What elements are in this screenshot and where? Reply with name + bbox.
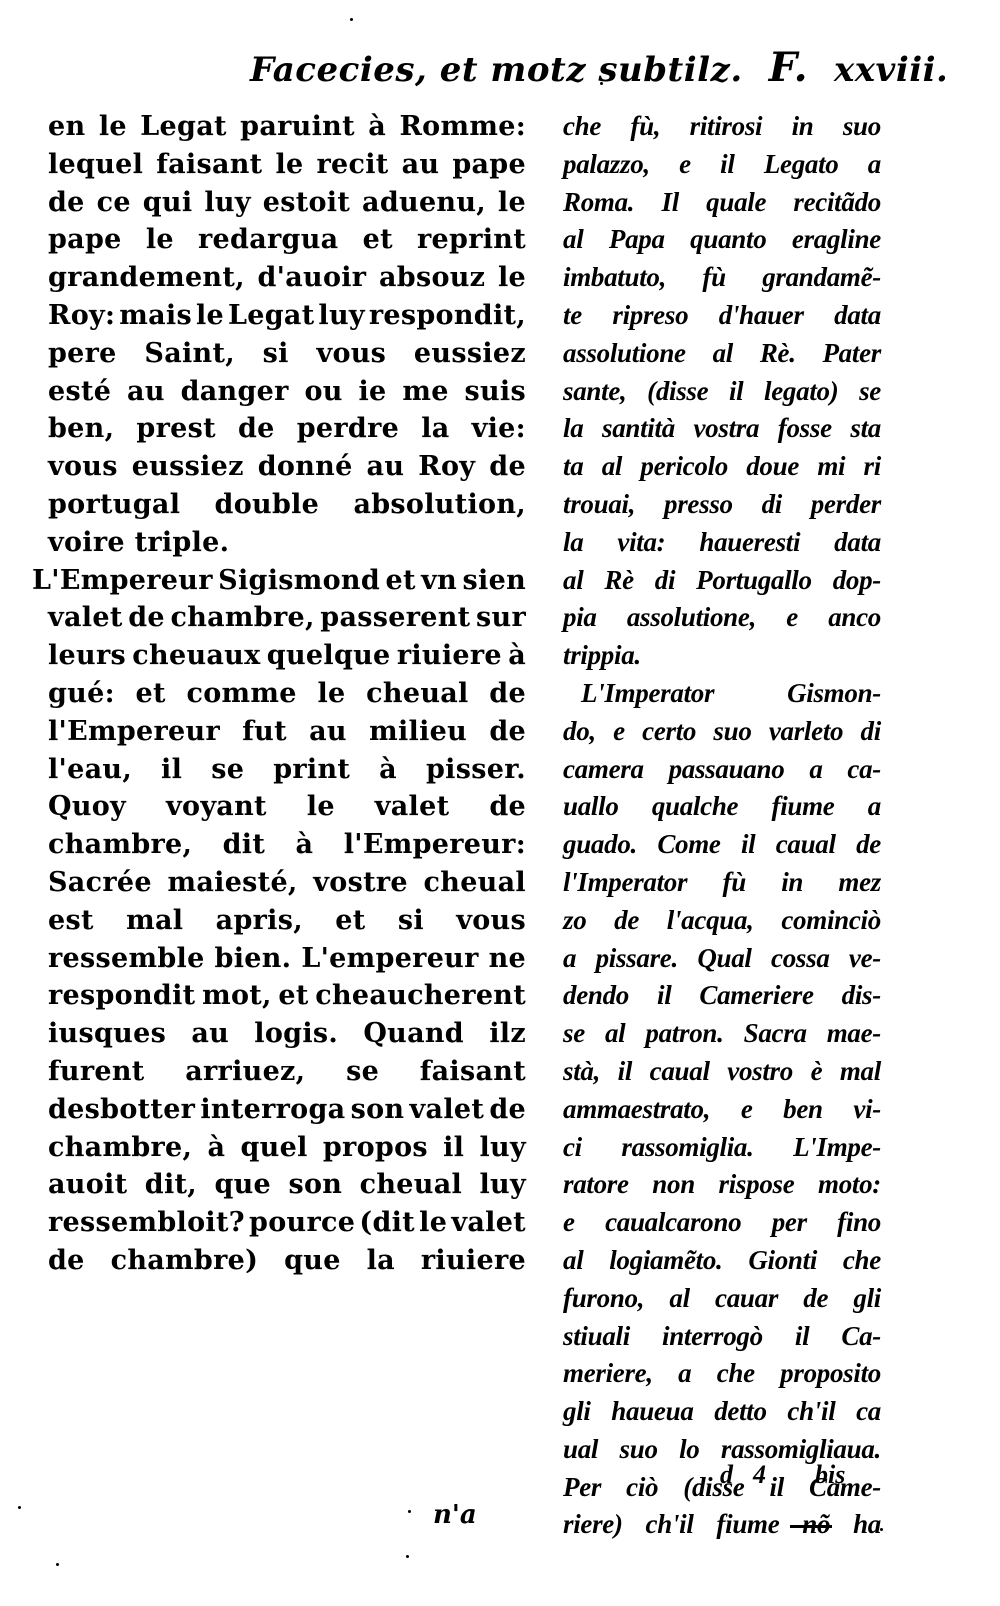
word: mal bbox=[126, 902, 183, 940]
word: rispose bbox=[719, 1166, 795, 1204]
word: chambre) bbox=[111, 1242, 259, 1280]
text-line: do,ecertosuovarletodi bbox=[563, 713, 881, 751]
word: portugal bbox=[48, 486, 180, 524]
word: pericolo bbox=[640, 448, 728, 486]
text-line: ualloqualchefiumea bbox=[563, 788, 881, 826]
word: cheual bbox=[360, 1166, 462, 1204]
word: ressemble bbox=[48, 940, 205, 978]
word: redargua bbox=[198, 221, 338, 259]
word: Ca- bbox=[841, 1318, 881, 1356]
ink-speck bbox=[600, 82, 603, 85]
word: la bbox=[367, 1242, 395, 1280]
word: quel bbox=[240, 1129, 307, 1167]
word: le bbox=[419, 1204, 447, 1242]
word: interroga bbox=[200, 1091, 345, 1129]
word: ca- bbox=[847, 751, 881, 789]
word: di bbox=[861, 713, 881, 751]
word: ratore bbox=[563, 1166, 629, 1204]
text-line: lavita:hauerestidata bbox=[563, 524, 881, 562]
word: se bbox=[211, 751, 244, 789]
word: mais bbox=[119, 297, 192, 335]
word: il bbox=[795, 1318, 809, 1356]
text-line: chambre,ditàl'Empereur: bbox=[48, 826, 526, 864]
text-line: ressembloit?pource(ditlevalet bbox=[48, 1204, 526, 1242]
word: presso bbox=[664, 486, 733, 524]
word: te bbox=[563, 297, 582, 335]
word: son bbox=[288, 1166, 342, 1204]
word: desbotter bbox=[48, 1091, 195, 1129]
word: au bbox=[402, 146, 440, 184]
french-catchword: n'a bbox=[433, 1500, 477, 1530]
word: cossa bbox=[771, 940, 830, 978]
word: se bbox=[346, 1053, 379, 1091]
word: data bbox=[834, 524, 881, 562]
word: estoit bbox=[263, 184, 350, 222]
word: e bbox=[741, 1091, 753, 1129]
word: rassomiglia. bbox=[621, 1129, 753, 1167]
text-line: teripresod'hauerdata bbox=[563, 297, 881, 335]
text-line: responditmot,etcheaucherent bbox=[48, 977, 526, 1015]
text-line: meriere,acheproposito bbox=[563, 1355, 881, 1393]
word: pissare. bbox=[596, 940, 678, 978]
word: donné bbox=[258, 448, 353, 486]
word: valet bbox=[375, 788, 450, 826]
word: Saint, bbox=[144, 335, 235, 373]
word: imbatuto, bbox=[563, 259, 666, 297]
word: fut bbox=[242, 713, 287, 751]
word: che bbox=[717, 1355, 755, 1393]
word: de bbox=[489, 448, 526, 486]
word: le bbox=[196, 297, 224, 335]
word: ch'il bbox=[646, 1506, 694, 1544]
word: quanto bbox=[690, 221, 766, 259]
text-line: papeleredarguaetreprint bbox=[48, 221, 526, 259]
word: L'Imperator bbox=[581, 675, 714, 713]
word: suo bbox=[620, 1431, 658, 1469]
text-line: pereSaint,sivouseussiez bbox=[48, 335, 526, 373]
word: assolutione bbox=[563, 335, 686, 373]
ink-speck bbox=[56, 1563, 59, 1566]
text-line: chefù,ritirosiinsuo bbox=[563, 108, 881, 146]
word: palazzo, bbox=[563, 146, 650, 184]
word: logiamẽto. bbox=[609, 1242, 722, 1280]
word: gli bbox=[853, 1280, 881, 1318]
word: à bbox=[508, 637, 526, 675]
word: vous bbox=[316, 335, 386, 373]
word: de bbox=[238, 410, 275, 448]
word: d'auoir bbox=[257, 259, 366, 297]
text-line: sante,(disseillegato)se bbox=[563, 373, 881, 411]
word: suis bbox=[465, 373, 527, 411]
word: ben bbox=[783, 1091, 823, 1129]
word: mez bbox=[838, 864, 881, 902]
word: e bbox=[679, 146, 691, 184]
text-line: imbatuto,fùgrandamẽ- bbox=[563, 259, 881, 297]
word: que bbox=[284, 1242, 341, 1280]
text-line: alRèdiPortugallodop- bbox=[563, 562, 881, 600]
word: qui bbox=[143, 184, 193, 222]
word: ve- bbox=[849, 940, 881, 978]
word: mal bbox=[840, 1053, 881, 1091]
word: mot, bbox=[202, 977, 272, 1015]
word: luy bbox=[318, 297, 364, 335]
word: son bbox=[351, 1091, 405, 1129]
word: certo bbox=[642, 713, 696, 751]
text-line: trouai,pressodiperder bbox=[563, 486, 881, 524]
word: Quoy bbox=[48, 788, 126, 826]
word: le bbox=[307, 788, 335, 826]
word: Cameriere bbox=[699, 977, 813, 1015]
word: l'Empereur: bbox=[344, 826, 526, 864]
word: Rè. bbox=[760, 335, 796, 373]
word: logis. bbox=[254, 1015, 338, 1053]
word: sien bbox=[463, 562, 526, 600]
word: a bbox=[809, 751, 822, 789]
word: comme bbox=[186, 675, 296, 713]
word: recit bbox=[317, 146, 389, 184]
word: de bbox=[48, 1242, 85, 1280]
word: de bbox=[489, 1091, 526, 1129]
text-line: vouseussiezdonnéauRoyde bbox=[48, 448, 526, 486]
word: d'hauer bbox=[719, 297, 804, 335]
text-line: auoitdit,quesoncheualluy bbox=[48, 1166, 526, 1204]
word: di bbox=[655, 562, 675, 600]
word: al bbox=[713, 335, 733, 373]
word: ritirosi bbox=[690, 108, 763, 146]
word: ressembloit? bbox=[48, 1204, 245, 1242]
word: il bbox=[741, 826, 755, 864]
word: valet bbox=[451, 1204, 526, 1242]
word: chambre, bbox=[48, 826, 192, 864]
word: le bbox=[146, 221, 174, 259]
word: grandement, bbox=[48, 259, 245, 297]
word: sta bbox=[850, 410, 881, 448]
word: absolution, bbox=[353, 486, 526, 524]
word: dit, bbox=[145, 1166, 197, 1204]
folio-letter: F. bbox=[769, 44, 808, 91]
word: uallo bbox=[563, 788, 619, 826]
word: maiesté, bbox=[167, 864, 297, 902]
word: à bbox=[368, 108, 386, 146]
word: lo bbox=[679, 1431, 699, 1469]
word: al bbox=[563, 221, 583, 259]
word: riuiere bbox=[397, 637, 502, 675]
word: meriere, bbox=[563, 1355, 653, 1393]
text-line: L'ImperatorGismon- bbox=[563, 675, 881, 713]
italian-catchword: bis bbox=[815, 1460, 845, 1490]
word: le bbox=[498, 259, 526, 297]
word: l'acqua, bbox=[667, 902, 754, 940]
word: leurs bbox=[48, 637, 126, 675]
word: fù, bbox=[630, 108, 660, 146]
word: cauar bbox=[715, 1280, 778, 1318]
word: L'Impe- bbox=[793, 1129, 881, 1167]
word: Roy: bbox=[48, 297, 115, 335]
word: l'Imperator bbox=[563, 864, 687, 902]
word: se bbox=[563, 1015, 585, 1053]
bottom-rule bbox=[790, 1525, 832, 1528]
text-line: apissare.Qualcossave- bbox=[563, 940, 881, 978]
word: il bbox=[729, 373, 743, 411]
word: de bbox=[489, 675, 526, 713]
text-line: cirassomiglia.L'Impe- bbox=[563, 1129, 881, 1167]
word: al bbox=[602, 448, 622, 486]
word: trippia. bbox=[563, 637, 641, 675]
word: de bbox=[803, 1280, 828, 1318]
word: cheuaux bbox=[132, 637, 260, 675]
word: che bbox=[563, 108, 601, 146]
word: grandamẽ- bbox=[762, 259, 881, 297]
word: respondit bbox=[48, 977, 195, 1015]
word: L'empereur bbox=[301, 940, 478, 978]
word: Roy bbox=[418, 448, 475, 486]
word: ci bbox=[563, 1129, 582, 1167]
text-line: assolutionealRè.Pater bbox=[563, 335, 881, 373]
word: Romme: bbox=[399, 108, 526, 146]
word: stà, bbox=[563, 1053, 600, 1091]
word: est bbox=[48, 902, 94, 940]
text-line: enleLegatparuintàRomme: bbox=[48, 108, 526, 146]
word: passerent bbox=[320, 599, 470, 637]
text-line: lasantitàvostrafossesta bbox=[563, 410, 881, 448]
word: a bbox=[868, 146, 881, 184]
word: al bbox=[605, 1015, 625, 1053]
text-line: desbotterinterrogasonvaletde bbox=[48, 1091, 526, 1129]
word: luy bbox=[479, 1166, 525, 1204]
word: esté bbox=[48, 373, 111, 411]
word: recitãdo bbox=[793, 184, 881, 222]
word: sur bbox=[476, 599, 526, 637]
text-line: Sacréemaiesté,vostrecheual bbox=[48, 864, 526, 902]
word: al bbox=[669, 1280, 689, 1318]
word: auoit bbox=[48, 1166, 127, 1204]
word: per bbox=[772, 1204, 807, 1242]
word: Gismon- bbox=[787, 675, 881, 713]
word: absouz bbox=[379, 259, 485, 297]
word: que bbox=[214, 1166, 271, 1204]
word: Quand bbox=[363, 1015, 464, 1053]
word: et bbox=[335, 902, 365, 940]
word: la bbox=[563, 410, 583, 448]
text-line: stiualiinterrogòilCa- bbox=[563, 1318, 881, 1356]
word: ou bbox=[304, 373, 342, 411]
french-column: enleLegatparuintàRomme:lequelfaisantlere… bbox=[48, 108, 526, 1280]
word: suo bbox=[713, 713, 751, 751]
word: al bbox=[563, 562, 583, 600]
word: cominciò bbox=[781, 902, 881, 940]
word: au bbox=[367, 448, 405, 486]
word: ben, bbox=[48, 410, 114, 448]
word: santità bbox=[602, 410, 675, 448]
text-line: chambre,àquelproposilluy bbox=[48, 1129, 526, 1167]
text-line: alPapaquantoeragline bbox=[563, 221, 881, 259]
word: Portugallo bbox=[696, 562, 812, 600]
word: milieu bbox=[369, 713, 467, 751]
word: vi- bbox=[853, 1091, 881, 1129]
word: che bbox=[843, 1242, 881, 1280]
word: Legato bbox=[764, 146, 839, 184]
word: en bbox=[48, 108, 85, 146]
running-head: Facecies, et motz subtilz. F. xxviii. bbox=[250, 44, 890, 104]
word: ha bbox=[853, 1506, 881, 1544]
text-line: dechambre)quelariuiere bbox=[48, 1242, 526, 1280]
word: camera bbox=[563, 751, 644, 789]
word: de bbox=[48, 184, 85, 222]
word: ca bbox=[856, 1393, 881, 1431]
word: dit bbox=[223, 826, 266, 864]
word: pape bbox=[452, 146, 526, 184]
word: pia bbox=[563, 599, 597, 637]
word: interrogò bbox=[662, 1318, 763, 1356]
word: ie bbox=[359, 373, 387, 411]
text-line: lequelfaisantlerecitaupape bbox=[48, 146, 526, 184]
word: ce bbox=[97, 184, 131, 222]
word: detto bbox=[714, 1393, 767, 1431]
word: il bbox=[720, 146, 734, 184]
word: dendo bbox=[563, 977, 629, 1015]
word: faisant bbox=[156, 146, 262, 184]
word: ciò bbox=[626, 1469, 658, 1507]
text-line: estéaudangerouiemesuis bbox=[48, 373, 526, 411]
word: cheual bbox=[424, 864, 526, 902]
word: cheaucherent bbox=[315, 977, 526, 1015]
word: al bbox=[563, 1242, 583, 1280]
word: vita: bbox=[617, 524, 665, 562]
word: Come bbox=[657, 826, 720, 864]
word: e bbox=[786, 599, 798, 637]
word: triple. bbox=[135, 524, 230, 562]
word: e bbox=[563, 1204, 575, 1242]
word: de bbox=[614, 902, 639, 940]
text-line: l'Empereurfutaumilieude bbox=[48, 713, 526, 751]
signature-mark: d 4 bbox=[720, 1460, 766, 1490]
word: (dit bbox=[359, 1204, 415, 1242]
word: le bbox=[498, 184, 526, 222]
running-head-title: Facecies, et motz subtilz. bbox=[250, 50, 743, 90]
word: non bbox=[652, 1166, 695, 1204]
word: Sacra bbox=[744, 1015, 807, 1053]
text-line: Roy:maisleLegatluyrespondit, bbox=[48, 297, 526, 335]
word: ta bbox=[563, 448, 583, 486]
text-line: Quoyvoyantlevaletde bbox=[48, 788, 526, 826]
word: prest bbox=[136, 410, 215, 448]
word: pape bbox=[48, 221, 122, 259]
word: patron. bbox=[645, 1015, 723, 1053]
word: quale bbox=[706, 184, 766, 222]
word: valet bbox=[410, 1091, 485, 1129]
word: faisant bbox=[420, 1053, 526, 1091]
text-line: Roma.Ilqualerecitãdo bbox=[563, 184, 881, 222]
word: voire bbox=[48, 524, 125, 562]
ink-speck bbox=[880, 1528, 883, 1531]
word: riuiere bbox=[421, 1242, 526, 1280]
text-line: ressemblebien.L'empereurne bbox=[48, 940, 526, 978]
word: double bbox=[215, 486, 320, 524]
text-line: glihaueuadettoch'ilca bbox=[563, 1393, 881, 1431]
ink-speck bbox=[408, 1510, 411, 1513]
word: passauano bbox=[669, 751, 785, 789]
word: danger bbox=[181, 373, 289, 411]
ink-speck bbox=[350, 18, 353, 21]
word: Pater bbox=[822, 335, 881, 373]
word: varleto bbox=[769, 713, 843, 751]
text-line: ammaestrato,ebenvi- bbox=[563, 1091, 881, 1129]
word: perder bbox=[811, 486, 881, 524]
word: fiume bbox=[772, 788, 835, 826]
word: pource bbox=[249, 1204, 355, 1242]
word: vostre bbox=[313, 864, 408, 902]
word: cheual bbox=[366, 675, 468, 713]
word: fù bbox=[702, 259, 725, 297]
word: gli bbox=[563, 1393, 591, 1431]
word: à bbox=[379, 751, 397, 789]
word: au bbox=[127, 373, 165, 411]
word: l'eau, bbox=[48, 751, 132, 789]
word: quelque bbox=[267, 637, 391, 675]
word: pere bbox=[48, 335, 117, 373]
text-line: guado.Comeilcaualde bbox=[563, 826, 881, 864]
word: la bbox=[563, 524, 583, 562]
word: eussiez bbox=[414, 335, 526, 373]
text-line: grandement,d'auoirabsouzle bbox=[48, 259, 526, 297]
text-line: allogiamẽto.Giontiche bbox=[563, 1242, 881, 1280]
text-line: trippia. bbox=[563, 637, 881, 675]
word: vous bbox=[456, 902, 526, 940]
text-line: stà,ilcaualvostroèmal bbox=[563, 1053, 881, 1091]
text-line: taalpericolodouemiri bbox=[563, 448, 881, 486]
folio-number: xxviii. bbox=[834, 50, 948, 90]
word: proposito bbox=[780, 1355, 881, 1393]
word: paruint bbox=[240, 108, 355, 146]
text-line: palazzo,eilLegatoa bbox=[563, 146, 881, 184]
word: ilz bbox=[489, 1015, 526, 1053]
word: eussiez bbox=[132, 448, 244, 486]
text-line: voire triple. bbox=[48, 524, 526, 562]
text-line: furono,alcauardegli bbox=[563, 1280, 881, 1318]
word: la bbox=[421, 410, 449, 448]
word: gué: bbox=[48, 675, 115, 713]
word: de bbox=[856, 826, 881, 864]
word: à bbox=[296, 826, 314, 864]
word: do, bbox=[563, 713, 596, 751]
text-line: leurscheuauxquelqueriuiereà bbox=[48, 637, 526, 675]
word: respondit, bbox=[369, 297, 526, 335]
text-line: valetdechambre,passerentsur bbox=[48, 599, 526, 637]
word: à bbox=[207, 1129, 225, 1167]
word: moto: bbox=[818, 1166, 881, 1204]
word: dop- bbox=[833, 562, 881, 600]
word: Papa bbox=[609, 221, 665, 259]
word: luy bbox=[479, 1129, 525, 1167]
text-line: L'EmpereurSigismondetvnsien bbox=[32, 562, 526, 600]
word: qualche bbox=[652, 788, 738, 826]
text-line: estmalapris,etsivous bbox=[48, 902, 526, 940]
word: apris, bbox=[216, 902, 303, 940]
word: voyant bbox=[166, 788, 267, 826]
book-page: Facecies, et motz subtilz. F. xxviii. en… bbox=[0, 0, 1000, 1606]
word: Roma. bbox=[563, 184, 634, 222]
word: caual bbox=[650, 1053, 710, 1091]
word: L'Empereur bbox=[32, 562, 213, 600]
word: au bbox=[191, 1015, 229, 1053]
word: vous bbox=[48, 448, 118, 486]
word: bien. bbox=[215, 940, 292, 978]
word: è bbox=[811, 1053, 823, 1091]
text-line: camerapassauanoaca- bbox=[563, 751, 881, 789]
word: fù bbox=[723, 864, 746, 902]
text-line: ratorenonrisposemoto: bbox=[563, 1166, 881, 1204]
word: il bbox=[443, 1129, 464, 1167]
